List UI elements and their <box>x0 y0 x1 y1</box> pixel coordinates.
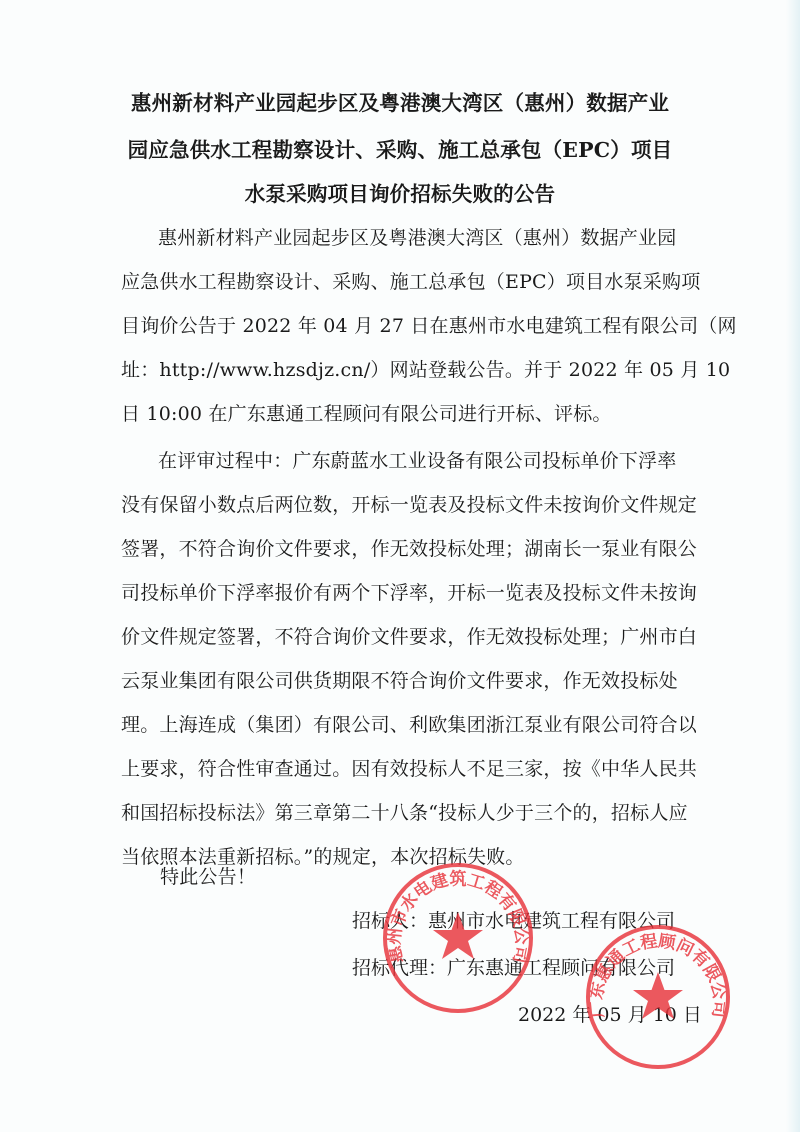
paragraph1-line: 目询价公告于 2022 年 04 月 27 日在惠州市水电建筑工程有限公司（网 <box>121 311 737 338</box>
paragraph1-line: 日 10:00 在广东惠通工程顾问有限公司进行开标、评标。 <box>121 399 612 426</box>
title-line-1: 惠州新材料产业园起步区及粤港澳大湾区（惠州）数据产业 <box>100 86 700 116</box>
paragraph2-line: 价文件规定签署，不符合询价文件要求，作无效投标处理；广州市白 <box>121 622 697 649</box>
paragraph2-line: 云泵业集团有限公司供货期限不符合询价文件要求，作无效投标处 <box>121 666 678 693</box>
title-line-3: 水泵采购项目询价招标失败的公告 <box>100 177 700 207</box>
official-seal-agent: 广东惠通工程顾问有限公司 <box>583 922 733 1072</box>
star-icon <box>433 912 483 959</box>
closing-text: 特此公告！ <box>160 862 256 889</box>
paragraph2-line: 司投标单价下浮率报价有两个下浮率，开标一览表及投标文件未按询 <box>121 578 697 605</box>
title-line-2: 园应急供水工程勘察设计、采购、施工总承包（EPC）项目 <box>100 133 700 163</box>
paragraph2-line: 签署，不符合询价文件要求，作无效投标处理；湖南长一泵业有限公 <box>121 534 697 561</box>
document-page: 惠州新材料产业园起步区及粤港澳大湾区（惠州）数据产业 园应急供水工程勘察设计、采… <box>0 0 800 1132</box>
star-icon <box>633 972 683 1019</box>
paragraph2-line: 上要求，符合性审查通过。因有效投标人不足三家，按《中华人民共 <box>121 754 697 781</box>
paragraph2-line: 理。上海连成（集团）有限公司、利欧集团浙江泵业有限公司符合以 <box>121 710 697 737</box>
scan-edge <box>786 0 800 1132</box>
paragraph2-line: 和国招标投标法》第三章第二十八条“投标人少于三个的，招标人应 <box>121 798 688 825</box>
paragraph1-line: 惠州新材料产业园起步区及粤港澳大湾区（惠州）数据产业园 <box>158 223 676 250</box>
paragraph1-line: 应急供水工程勘察设计、采购、施工总承包（EPC）项目水泵采购项 <box>121 267 700 294</box>
paragraph2-line: 在评审过程中：广东蔚蓝水工业设备有限公司投标单价下浮率 <box>158 446 676 473</box>
paragraph1-line: 址：http://www.hzsdjz.cn/）网站登载公告。并于 2022 年… <box>121 355 730 382</box>
paragraph2-line: 没有保留小数点后两位数，开标一览表及投标文件未按询价文件规定 <box>121 490 697 517</box>
official-seal-tenderer: 惠州市水电建筑工程有限公司 <box>380 860 536 1016</box>
